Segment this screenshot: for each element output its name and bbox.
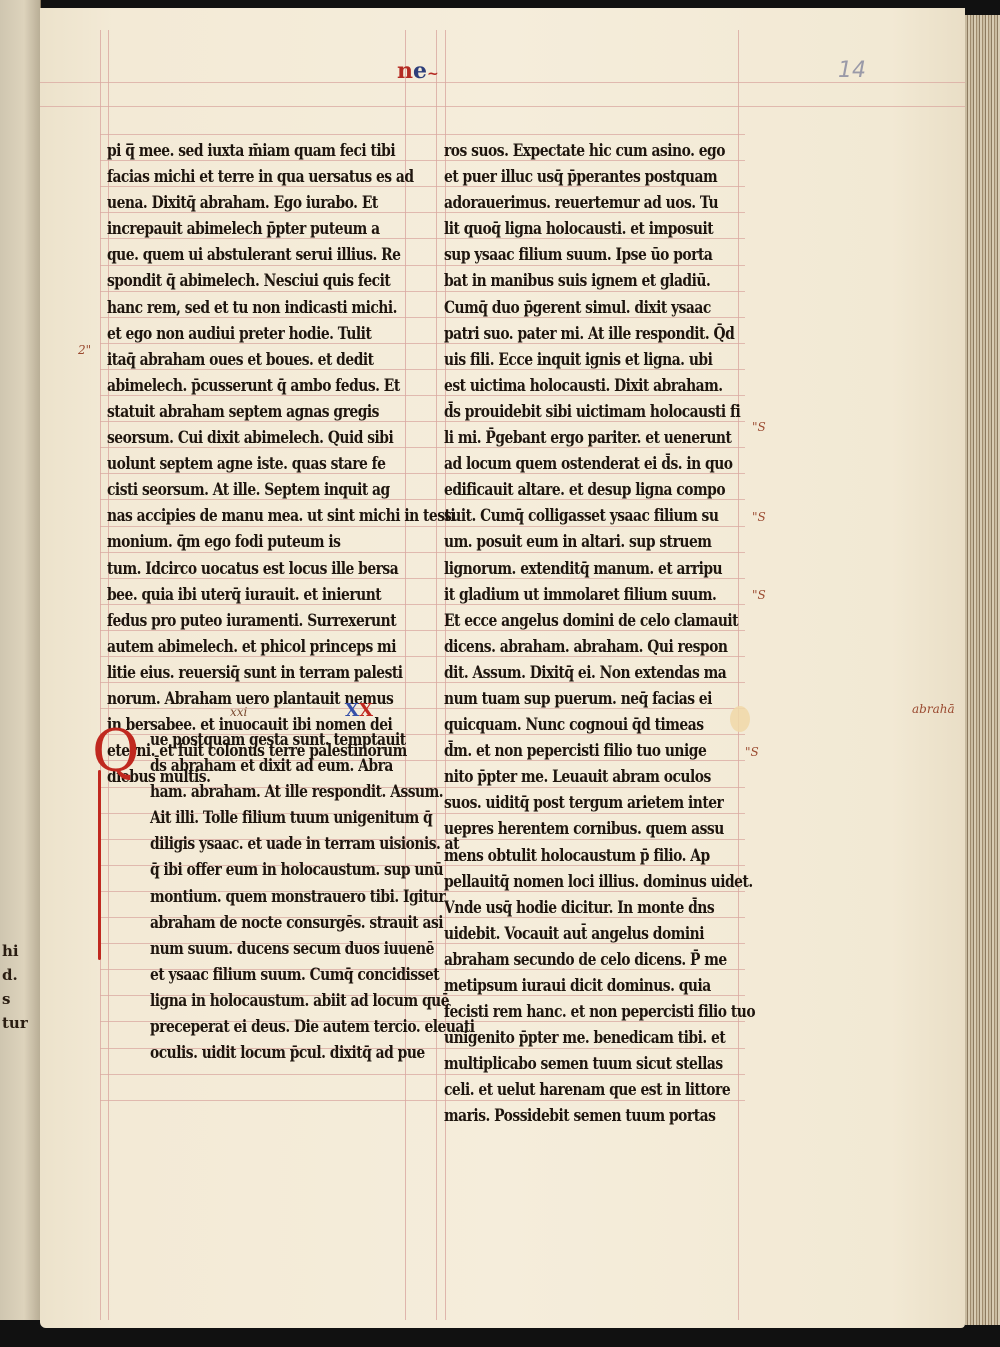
left-page-fragment: s [2,990,10,1008]
text-line: it gladium ut immolaret filium suum. [444,582,755,608]
text-line: Vnde usq̄ hodie dicitur. In monte d̄ns [444,895,755,921]
text-line: pellauitq̄ nomen loci illius. dominus ui… [444,869,755,895]
text-line: uidebit. Vocauit aut̄ angelus domini [444,921,755,947]
text-line: li mi. P̄gebant ergo pariter. et uenerun… [444,425,755,451]
left-page-fragment: hi [2,942,19,960]
text-line: montium. quem monstrauero tibi. Igitur [150,884,475,910]
running-title-tail: ~ [427,66,439,82]
text-line: ue postquam gesta sunt. temptauit [150,727,475,753]
text-line: num tuam sup puerum. neq̄ facias ei [444,686,755,712]
text-line: pi q̅ mee. sed iuxta m̄iam quam feci tib… [107,138,455,164]
text-line: uolunt septem agne iste. quas stare fe [107,451,455,477]
text-line: abraham secundo de celo dicens. P̄ me [444,947,755,973]
text-line: suos. uiditq̄ post tergum arietem inter [444,790,755,816]
text-line: Cumq̄ duo p̄gerent simul. dixit ysaac [444,295,755,321]
ruling-line [100,134,745,135]
ruling-line [40,82,965,83]
text-line: lignorum. extenditq̄ manum. et arripu [444,556,755,582]
text-line: et puer illuc usq̄ p̄perantes postquam [444,164,755,190]
text-line: multiplicabo semen tuum sicut stellas [444,1051,755,1077]
text-line: uepres herentem cornibus. quem assu [444,816,755,842]
text-line: unigenito p̄pter me. benedicam tibi. et [444,1025,755,1051]
text-line: ham. abraham. At ille respondit. Assum. [150,779,475,805]
margin-note: "S [752,588,766,602]
text-line: itaq̄ abraham oues et boues. et dedit [107,347,455,373]
chapter-marker-red: X [359,700,373,721]
text-line: hanc rem, sed et tu non indicasti michi. [107,295,455,321]
running-title-blue: e [413,58,427,84]
text-line: Ait illi. Tolle filium tuum unigenitum q… [150,805,475,831]
chapter-marker-blue: X [345,700,359,721]
margin-note: "S [745,745,759,759]
old-chapter-number: xxi [230,705,247,719]
text-line: ad locum quem ostenderat ei d̄s. in quo [444,451,755,477]
text-line: monium. q̄m ego fodi puteum is [107,529,455,555]
text-line: mens obtulit holocaustum p̄ filio. Ap [444,843,755,869]
ruling-line [100,30,101,1320]
margin-note: "S [752,510,766,524]
text-line: celi. et uelut harenam que est in littor… [444,1077,755,1103]
text-line: nas accipies de manu mea. ut sint michi … [107,503,455,529]
text-line: nito p̄pter me. Leuauit abram oculos [444,764,755,790]
text-line: est uictima holocausti. Dixit abraham. [444,373,755,399]
text-line: ros suos. Expectate hic cum asino. ego [444,138,755,164]
text-line: suit. Cumq̄ colligasset ysaac filium su [444,503,755,529]
page-edges [965,15,1000,1325]
text-line: patri suo. pater mi. At ille respondit. … [444,321,755,347]
text-line: et ysaac filium suum. Cumq̄ concidisset [150,962,475,988]
text-line: facias michi et terre in qua uersatus es… [107,164,455,190]
text-line: edificauit altare. et desup ligna compo [444,477,755,503]
text-line: fedus pro puteo iuramenti. Surrexerunt [107,608,455,634]
text-line: uis fili. Ecce inquit ignis et ligna. ub… [444,347,755,373]
text-line: litie eius. reuersiq̄ sunt in terram pal… [107,660,455,686]
text-line: bat in manibus suis ignem et gladiū. [444,268,755,294]
text-line: spondit q̄ abimelech. Nesciui quis fecit [107,268,455,294]
text-line: que. quem ui abstulerant serui illius. R… [107,242,455,268]
text-line: d̄s abraham et dixit ad eum. Abra [150,753,475,779]
text-line: Et ecce angelus domini de celo clamauit [444,608,755,634]
text-line: adorauerimus. reuertemur ad uos. Tu [444,190,755,216]
paper-stain [730,706,750,732]
text-line: autem abimelech. et phicol princeps mi [107,634,455,660]
text-line: maris. Possidebit semen tuum portas [444,1103,755,1129]
text-line: diligis ysaac. et uade in terram uisioni… [150,831,475,857]
chapter-number: XX [345,700,373,721]
text-line: d̄m. et non pepercisti filio tuo unige [444,738,755,764]
folio-number: 14 [838,58,866,83]
text-line: dicens. abraham. abraham. Qui respon [444,634,755,660]
margin-note: "S [752,420,766,434]
text-line: abimelech. p̄cusserunt q̄ ambo fedus. Et [107,373,455,399]
left-page-fragment: tur [2,1014,28,1032]
text-line: sup ysaac filium suum. Ipse ūo porta [444,242,755,268]
text-line: ligna in holocaustum. abiit ad locum que… [150,988,475,1014]
facing-left-page-edge: hi d. s tur [0,0,41,1320]
text-line: increpauit abimelech p̄pter puteum a [107,216,455,242]
text-line: et ego non audiui preter hodie. Tulit [107,321,455,347]
margin-note-abraham: abrahā [912,702,955,716]
text-line: tum. Idcirco uocatus est locus ille bers… [107,556,455,582]
text-line: num suum. ducens secum duos iuuenē [150,936,475,962]
text-line: norum. Abraham uero plantauit nemus [107,686,455,712]
text-line: preceperat ei deus. Die autem tercio. el… [150,1014,475,1040]
ruling-line [40,106,965,107]
margin-note: 2" [78,343,91,357]
text-line: bee. quia ibi uterq̄ iurauit. et inierun… [107,582,455,608]
text-line: oculis. uidit locum p̄cul. dixitq̄ ad pu… [150,1040,475,1066]
text-line: abraham de nocte consurgēs. strauit asi [150,910,475,936]
initial-flourish [98,770,101,960]
text-line: dit. Assum. Dixitq̄ ei. Non extendas ma [444,660,755,686]
text-line: d̄s prouidebit sibi uictimam holocausti … [444,399,755,425]
text-line: fecisti rem hanc. et non pepercisti fili… [444,999,755,1025]
left-page-fragment: d. [2,966,18,984]
running-title: ne~ [397,58,439,84]
text-line: um. posuit eum in altari. sup struem [444,529,755,555]
text-line: uena. Dixitq̄ abraham. Ego iurabo. Et [107,190,455,216]
text-line: metipsum iuraui dicit dominus. quia [444,973,755,999]
text-line: q̄ ibi offer eum in holocaustum. sup unu… [150,857,475,883]
text-line: seorsum. Cui dixit abimelech. Quid sibi [107,425,455,451]
text-line: quicquam. Nunc cognoui q̄d timeas [444,712,755,738]
text-line: statuit abraham septem agnas gregis [107,399,455,425]
text-line: cisti seorsum. At ille. Septem inquit ag [107,477,455,503]
text-line: lit quoq̄ ligna holocausti. et imposuit [444,216,755,242]
text-column-right: ros suos. Expectate hic cum asino. egoet… [444,138,814,1130]
running-title-red: n [397,58,413,84]
